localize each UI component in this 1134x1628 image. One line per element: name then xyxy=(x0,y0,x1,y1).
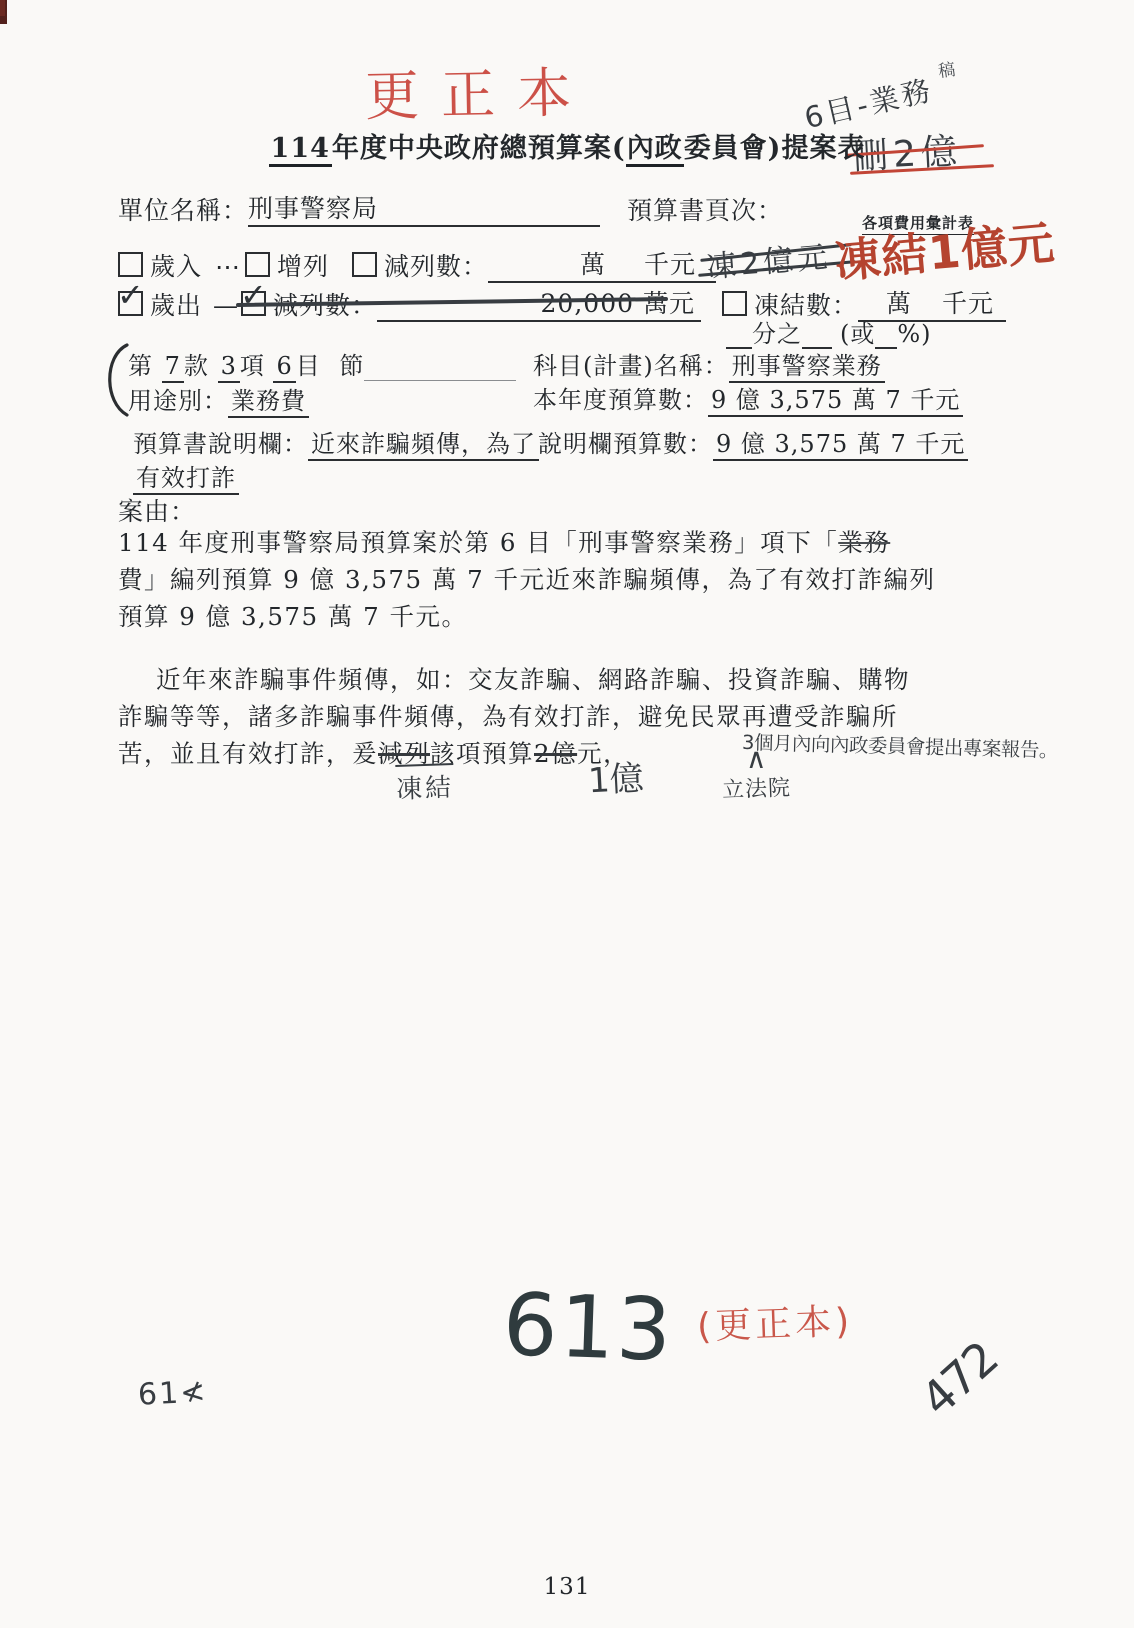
kuan-number: 7 xyxy=(162,352,184,383)
checkbox-revenue xyxy=(118,252,143,277)
handwritten-report-clause: 3個月內向內政委員會提出專案報告。 xyxy=(742,731,1133,766)
expenditure-label: 歲出 xyxy=(150,291,202,320)
margin-note-corner: 稿 xyxy=(936,55,956,82)
checkbox-increase xyxy=(245,252,270,277)
para2-line-3a: 苦，並且有效打詐，爰 xyxy=(118,739,378,768)
xiang-label: 項 xyxy=(240,352,265,380)
para2-line-3: 苦，並且有效打詐，爰減列該項預算2億元， xyxy=(118,735,629,770)
caret-mark: ∧ xyxy=(746,742,767,775)
para2-line-1: 近年來詐騙事件頻傳，如：交友詐騙、網路詐騙、投資詐騙、購物 xyxy=(156,661,910,696)
checkbox-expenditure: ✓ xyxy=(118,291,143,316)
budget-amount-row: 本年度預算數：9 億 3,575 萬 7 千元 xyxy=(533,380,963,415)
check-icon: ✓ xyxy=(117,279,145,311)
case-line-1-text: 114 年度刑事警察局預算案於第 6 目「刑事警察業務」項下「 xyxy=(118,528,838,557)
bottom-left-note: 61≮ xyxy=(137,1374,208,1413)
mu-label: 目 xyxy=(296,352,321,380)
handwritten-freeze-word: 凍結 xyxy=(395,763,454,806)
scanned-budget-proposal-form: 更正本 6目-業務 稿 刪2億 114年度中央政府總預算案(內政委員會)提案表 … xyxy=(0,0,1134,1628)
mu-number: 6 xyxy=(273,352,295,383)
pct-label: %) xyxy=(897,320,931,348)
checkbox-decrease-1 xyxy=(352,252,377,277)
case-line-1-struck: 業務 xyxy=(838,528,890,557)
subject-name-label: 科目(計畫)名稱： xyxy=(533,352,729,380)
budget-amount-label: 本年度預算數： xyxy=(533,386,708,414)
qianyuan-unit: 千元 xyxy=(644,250,696,279)
case-label: 案由： xyxy=(118,492,196,528)
unit-name-value: 刑事警察局 xyxy=(248,194,378,223)
para2-line-2: 詐騙等等，諸多詐騙事件頻傳，為有效打詐，避免民眾再遭受詐騙所 xyxy=(118,698,898,733)
qianyuan-unit-2: 千元 xyxy=(942,289,994,318)
scan-edge-mark xyxy=(0,0,5,16)
title-committee: 內政 xyxy=(626,133,684,167)
di-label: 第 xyxy=(128,352,153,380)
subject-name-row: 科目(計畫)名稱：刑事警察業務 xyxy=(533,346,885,381)
unit-name-field: 刑事警察局 xyxy=(248,189,600,227)
decrease-amount-field-1: 萬千元 xyxy=(488,245,716,283)
note-budget-label: 說明欄預算數： xyxy=(538,430,713,458)
purpose-value: 業務費 xyxy=(228,387,309,418)
note-budget-row: 說明欄預算數：9 億 3,575 萬 7 千元 xyxy=(538,424,968,459)
title-mid: 年度中央政府總預算案( xyxy=(332,133,626,164)
fraction-row: 分之(或%) xyxy=(726,314,932,349)
increase-label: 增列 xyxy=(277,252,329,281)
dots-connector: ⋯ xyxy=(215,252,241,281)
bottom-right-scribble: 472 xyxy=(910,1332,1007,1427)
page-number: 131 xyxy=(0,1574,1134,1600)
clause-row: 第 7款 3項 6目 節 xyxy=(128,346,516,381)
title-year: 114 xyxy=(269,133,332,167)
handwritten-legislature: 立法院 xyxy=(721,771,791,804)
decrease-label-1: 減列數： xyxy=(384,252,488,281)
purpose-label: 用途別： xyxy=(128,387,228,415)
big-number-note: (更正本) xyxy=(696,1293,854,1349)
subject-name-value: 刑事警察業務 xyxy=(729,352,885,383)
wan-unit: 萬 xyxy=(580,250,606,279)
decrease-amount-unit: 萬元 xyxy=(643,289,695,318)
dash-connector: — xyxy=(213,291,239,320)
budget-amount-value: 9 億 3,575 萬 7 千元 xyxy=(708,386,963,417)
hand-bracket xyxy=(99,342,131,418)
case-line-1: 114 年度刑事警察局預算案於第 6 目「刑事警察業務」項下「業務 xyxy=(118,524,890,559)
revenue-label: 歲入 xyxy=(150,252,202,281)
jie-label: 節 xyxy=(339,352,364,380)
note-value-line1: 近來詐騙頻傳，為了 xyxy=(308,430,539,461)
huo-label: (或 xyxy=(840,320,875,348)
page-title: 114年度中央政府總預算案(內政委員會)提案表 xyxy=(0,126,1134,165)
unit-name-row: 單位名稱：刑事警察局 預算書頁次： xyxy=(118,189,783,227)
note-row-2: 有效打詐 xyxy=(133,458,239,493)
case-line-2: 費」編列預算 9 億 3,575 萬 7 千元近來詐騙頻傳，為了有效打詐編列 xyxy=(118,561,936,596)
note-value-line2: 有效打詐 xyxy=(133,464,239,495)
jie-blank-underline xyxy=(364,358,516,381)
big-number: 613 xyxy=(501,1275,675,1381)
unit-name-label: 單位名稱： xyxy=(118,196,248,225)
handwritten-one-yi: 1億 xyxy=(587,751,645,803)
case-line-3: 預算 9 億 3,575 萬 7 千元。 xyxy=(118,598,468,633)
note-budget-value: 9 億 3,575 萬 7 千元 xyxy=(713,430,968,461)
checkbox-freeze xyxy=(722,291,747,316)
decrease-amount-value: 20,000 xyxy=(541,289,634,318)
kuan-label: 款 xyxy=(184,352,209,380)
xiang-number: 3 xyxy=(218,352,240,383)
revenue-row: 歲入 ⋯增列 減列數：萬千元 xyxy=(118,245,716,283)
struck-amount: 2億 xyxy=(534,739,577,768)
title-tail: 委員會)提案表 xyxy=(684,133,866,164)
fenzhi-label: 分之 xyxy=(752,320,802,348)
budget-page-ref-label: 預算書頁次： xyxy=(627,196,783,225)
purpose-row: 用途別：業務費 xyxy=(128,381,309,416)
corrected-copy-stamp: 更正本 xyxy=(364,50,593,131)
note-row: 預算書說明欄：近來詐騙頻傳，為了 xyxy=(133,424,539,459)
note-label: 預算書說明欄： xyxy=(133,430,308,458)
